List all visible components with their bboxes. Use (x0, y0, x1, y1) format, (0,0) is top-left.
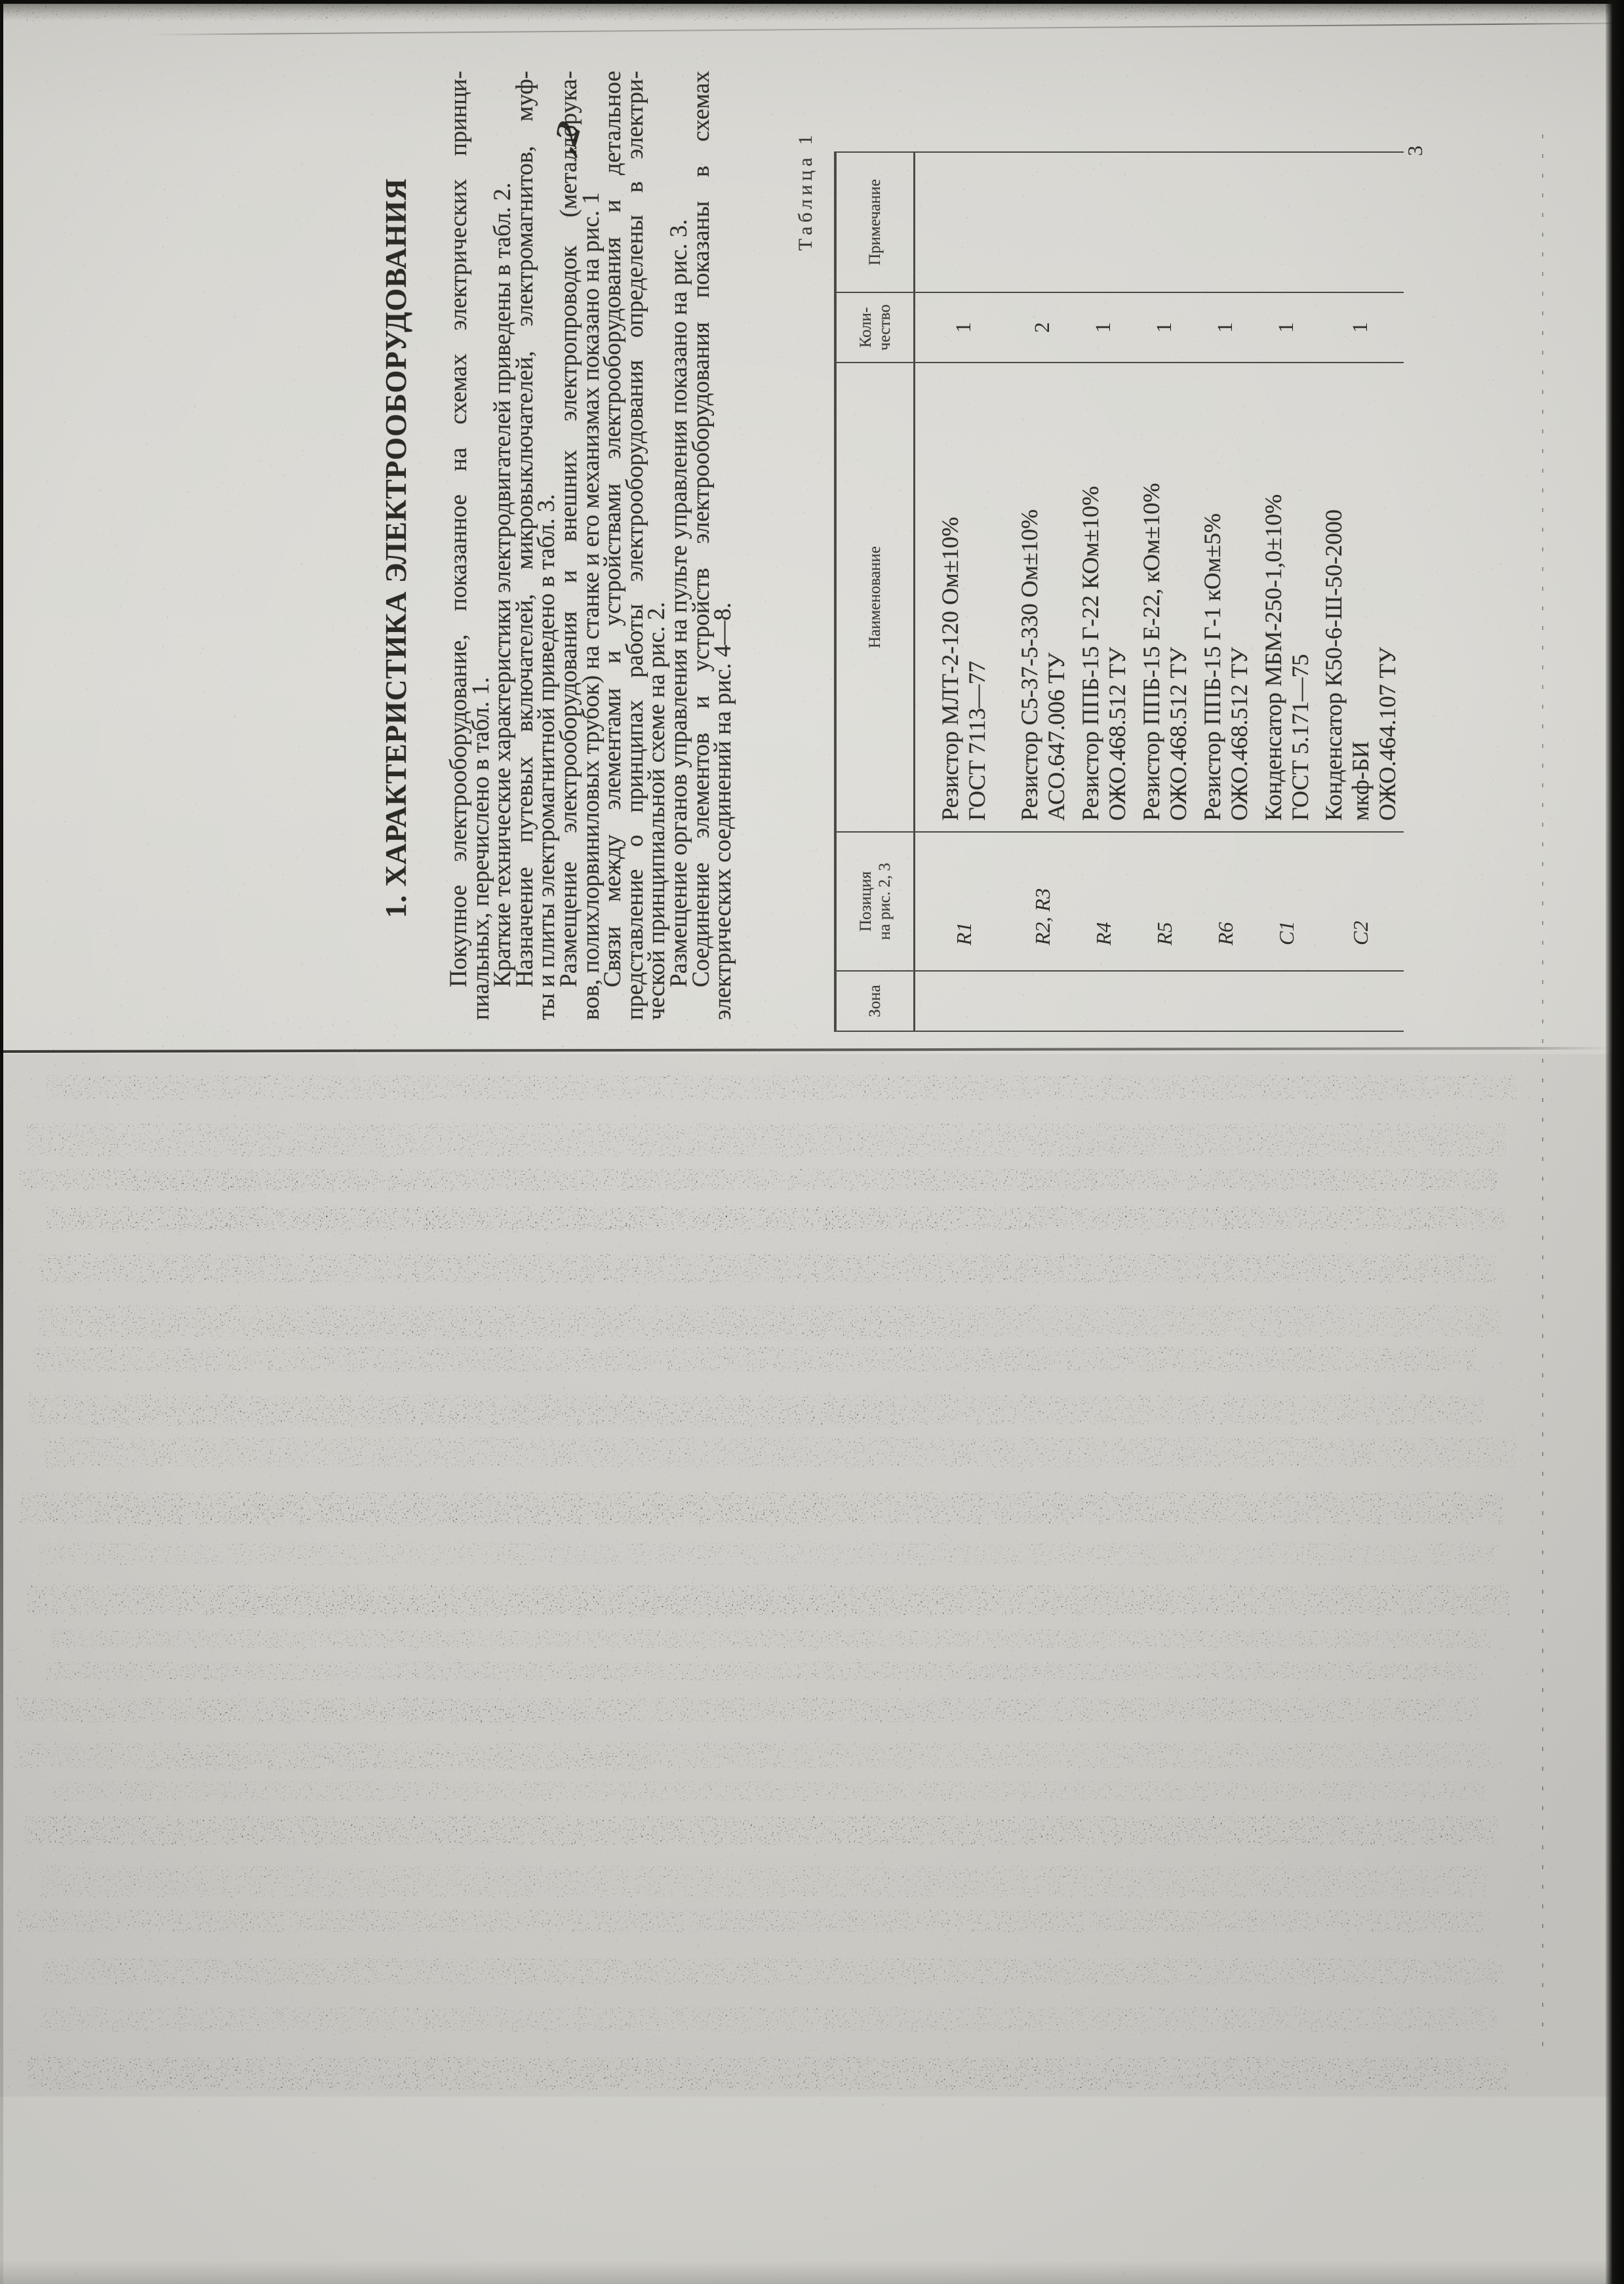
cell-quantity: 1 (1256, 293, 1317, 363)
cell-zone (1012, 972, 1073, 1031)
text-line: ты и плиты электромагнитной приведено в … (536, 71, 558, 1020)
text-line: Размещение электрооборудования и внешних… (558, 71, 580, 1020)
column-header-zone: Зона (837, 972, 915, 1031)
table-caption: Таблица 1 (795, 131, 817, 1057)
cell-position: C2 (1317, 833, 1404, 972)
bottom-curl-shadow (0, 2260, 1624, 2284)
page-number: 3 (1403, 131, 1427, 170)
text-line: представление о принципах работы электро… (624, 71, 646, 1020)
cell-name: Конденсатор МБМ-250-1,0±10%ГОСТ 5.171—75 (1256, 363, 1317, 833)
cell-note (915, 153, 1012, 293)
body-text: Покупное электрооборудование, показанное… (448, 71, 734, 1020)
text-line: Краткие технические характеристики элект… (492, 71, 514, 1020)
text-line: ческой принципиальной схеме на рис. 2. (646, 71, 668, 1020)
cell-note (1256, 153, 1317, 293)
cell-name: Конденсатор К50-6-Ш-50-2000мкф-БИОЖО.464… (1317, 363, 1404, 833)
text-line: Покупное электрооборудование, показанное… (448, 71, 470, 1020)
section-heading: 1. ХАРАКТЕРИСТИКА ЭЛЕКТРООБОРУДОВАНИЯ (379, 39, 413, 1057)
cell-quantity: 1 (1073, 293, 1134, 363)
cell-quantity: 1 (915, 293, 1012, 363)
scanner-edge-left (0, 0, 3, 2284)
page-content: 1. ХАРАКТЕРИСТИКА ЭЛЕКТРООБОРУДОВАНИЯ По… (39, 39, 1614, 1057)
cell-zone (915, 972, 1012, 1031)
cell-name: Резистор С5-37-5-330 Ом±10%АСО.647.006 Т… (1012, 363, 1073, 833)
scanned-manual-page: { "document": { "page_number": "3", "hea… (0, 0, 1624, 2284)
text-line: Назначение путевых включателей, микровык… (514, 71, 536, 1020)
cell-position: R6 (1195, 833, 1256, 972)
cell-position: R2, R3 (1012, 833, 1073, 972)
column-header-name: Наименование (837, 363, 915, 833)
cell-note (1073, 153, 1134, 293)
cell-quantity: 2 (1012, 293, 1073, 363)
cell-note (1195, 153, 1256, 293)
cell-position: R5 (1134, 833, 1195, 972)
column-header-quantity: Коли-чество (837, 293, 915, 363)
text-line: вов, полихлорвиниловых трубок) на станке… (580, 71, 603, 1020)
cell-name: Резистор МЛТ-2-120 Ом±10%ГОСТ 7113—77 (915, 363, 1012, 833)
text-line: электрических соединений на рис. 4—8. (712, 71, 734, 1020)
text-line: Связи между элементами и устройствами эл… (602, 71, 624, 1020)
cell-position: R4 (1073, 833, 1134, 972)
cell-zone (1256, 972, 1317, 1031)
cell-name: Резистор ППБ-15 Г-1 кОм±5%ОЖО.468.512 ТУ (1195, 363, 1256, 833)
cell-name: Резистор ППБ-15 Е-22, кОм±10%ОЖО.468.512… (1134, 363, 1195, 833)
text-line: пиальных, перечислено в табл. 1. (470, 71, 492, 1020)
bleed-through-tint (0, 1054, 1624, 2097)
cell-quantity: 1 (1317, 293, 1404, 363)
cell-zone (1073, 972, 1134, 1031)
cell-zone (1317, 972, 1404, 1031)
column-header-note: Примечание (837, 153, 915, 293)
cell-zone (1195, 972, 1256, 1031)
text-line: Соединение элементов и устройств электро… (690, 71, 713, 1020)
cell-position: C1 (1256, 833, 1317, 972)
text-line: Размещение органов управления на пульте … (668, 71, 690, 1020)
cell-quantity: 1 (1195, 293, 1256, 363)
parts-table: ЗонаПозицияна рис. 2, 3НаименованиеКоли-… (834, 151, 1404, 1032)
cell-position: R1 (915, 833, 1012, 972)
cell-note (1012, 153, 1073, 293)
cell-zone (1134, 972, 1195, 1031)
column-header-position: Позицияна рис. 2, 3 (837, 833, 915, 972)
cell-note (1134, 153, 1195, 293)
scanner-edge-right (1606, 0, 1624, 2284)
scanner-edge-top-shade (0, 3, 1624, 20)
cell-note (1317, 153, 1404, 293)
cell-quantity: 1 (1134, 293, 1195, 363)
cell-name: Резистор ППБ-15 Г-22 КОм±10%ОЖО.468.512 … (1073, 363, 1134, 833)
